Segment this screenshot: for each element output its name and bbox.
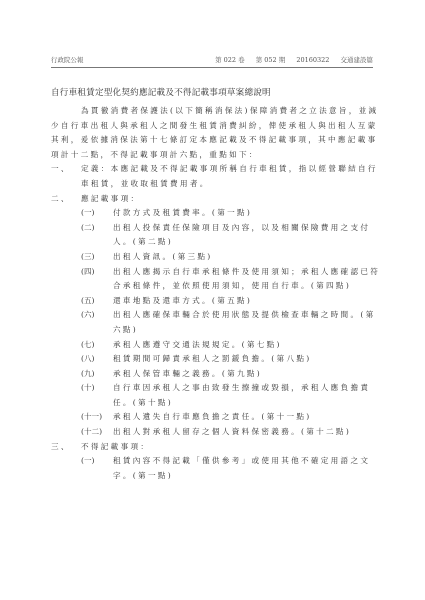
page-header: 行政院公報 第 022 卷 第 052 期 20160322 交通建設篇 bbox=[51, 55, 373, 68]
issue-info: 第 022 卷 第 052 期 20160322 交通建設篇 bbox=[206, 55, 373, 65]
list-item: (十二)出租人對承租人留存之個人資料保密義務。(第十二點) bbox=[51, 425, 381, 440]
section-text: 定義：本應記載及不得記載事項所稱自行車租賃，指以經營聯結自行車租賃，並收取租賃費… bbox=[81, 164, 378, 188]
item-text: 出租人應揭示自行車承租條件及使用須知；承租人應確認已符合承租條件，並依照使用須知… bbox=[113, 267, 380, 291]
item-text: 出租人資訊。(第三點) bbox=[113, 252, 213, 261]
item-number: (一) bbox=[81, 454, 95, 469]
section-prohibited-items: 三、 不得記載事項： bbox=[51, 440, 381, 455]
section-label: 交通建設篇 bbox=[341, 56, 374, 64]
item-number: (十) bbox=[81, 381, 95, 396]
item-text: 自行車因承租人之事由致發生擦撞或毀損，承租人應負擔責任。(第十點) bbox=[113, 383, 370, 407]
list-item: (三)出租人資訊。(第三點) bbox=[51, 250, 381, 265]
item-text: 租賃期間可歸責承租人之罰鍰負擔。(第八點) bbox=[113, 354, 312, 363]
document-body: 為貫徹消費者保護法(以下簡稱消保法)保障消費者之立法意旨，並減少自行車出租人與承… bbox=[51, 104, 381, 483]
item-text: 承租人應遵守交通法規規定。(第七點) bbox=[113, 340, 282, 349]
item-text: 租賃內容不得記載「僅供參考」或使用其他不確定用語之文字。(第一點) bbox=[113, 456, 370, 480]
list-item: (八)租賃期間可歸責承租人之罰鍰負擔。(第八點) bbox=[51, 352, 381, 367]
list-item: (一)付款方式及租賃費率。(第一點) bbox=[51, 206, 381, 221]
document-title: 自行車租賃定型化契約應記載及不得記載事項草案總說明 bbox=[51, 86, 271, 98]
section-number: 三、 bbox=[51, 440, 71, 455]
list-item: (二)出租人投保責任保險項目及內容，以及相關保險費用之支付人。(第二點) bbox=[51, 221, 381, 250]
item-number: (一) bbox=[81, 206, 95, 221]
item-number: (十二) bbox=[81, 425, 102, 440]
item-text: 還車地點及還車方式。(第五點) bbox=[113, 296, 252, 305]
item-number: (九) bbox=[81, 367, 95, 382]
list-item: (七)承租人應遵守交通法規規定。(第七點) bbox=[51, 338, 381, 353]
item-number: (五) bbox=[81, 294, 95, 309]
item-text: 付款方式及租賃費率。(第一點) bbox=[113, 208, 252, 217]
list-item: (九)承租人保管車輛之義務。(第九點) bbox=[51, 367, 381, 382]
list-item: (十)自行車因承租人之事由致發生擦撞或毀損，承租人應負擔責任。(第十點) bbox=[51, 381, 381, 410]
item-number: (八) bbox=[81, 352, 95, 367]
list-item: (十一)承租人遺失自行車應負擔之責任。(第十一點) bbox=[51, 410, 381, 425]
intro-paragraph: 為貫徹消費者保護法(以下簡稱消保法)保障消費者之立法意旨，並減少自行車出租人與承… bbox=[51, 104, 381, 162]
item-text: 承租人遺失自行車應負擔之責任。(第十一點) bbox=[113, 412, 312, 421]
list-item: (六)出租人應確保車輛合於使用狀態及提供檢查車輛之時間。(第六點) bbox=[51, 308, 381, 337]
item-number: (二) bbox=[81, 221, 95, 236]
list-item: (五)還車地點及還車方式。(第五點) bbox=[51, 294, 381, 309]
list-item: (四)出租人應揭示自行車承租條件及使用須知；承租人應確認已符合承租條件，並依照使… bbox=[51, 265, 381, 294]
item-text: 出租人投保責任保險項目及內容，以及相關保險費用之支付人。(第二點) bbox=[113, 223, 370, 247]
item-text: 出租人應確保車輛合於使用狀態及提供檢查車輛之時間。(第六點) bbox=[113, 310, 376, 334]
issue-label: 第 052 期 bbox=[256, 56, 286, 64]
section-definition: 一、 定義：本應記載及不得記載事項所稱自行車租賃，指以經營聯結自行車租賃，並收取… bbox=[51, 162, 381, 191]
volume-label: 第 022 卷 bbox=[215, 56, 245, 64]
section-text: 不得記載事項： bbox=[81, 442, 150, 451]
item-number: (四) bbox=[81, 265, 95, 280]
item-number: (六) bbox=[81, 308, 95, 323]
item-text: 承租人保管車輛之義務。(第九點) bbox=[113, 369, 262, 378]
section-required-items: 二、 應記載事項： bbox=[51, 192, 381, 207]
section-text: 應記載事項： bbox=[81, 194, 140, 203]
section-number: 一、 bbox=[51, 162, 71, 177]
item-number: (三) bbox=[81, 250, 95, 265]
date-label: 20160322 bbox=[296, 56, 329, 64]
item-number: (七) bbox=[81, 338, 95, 353]
item-text: 出租人對承租人留存之個人資料保密義務。(第十二點) bbox=[113, 427, 351, 436]
item-number: (十一) bbox=[81, 410, 102, 425]
publication-name: 行政院公報 bbox=[51, 55, 84, 65]
list-item: (一)租賃內容不得記載「僅供參考」或使用其他不確定用語之文字。(第一點) bbox=[51, 454, 381, 483]
section-number: 二、 bbox=[51, 192, 71, 207]
